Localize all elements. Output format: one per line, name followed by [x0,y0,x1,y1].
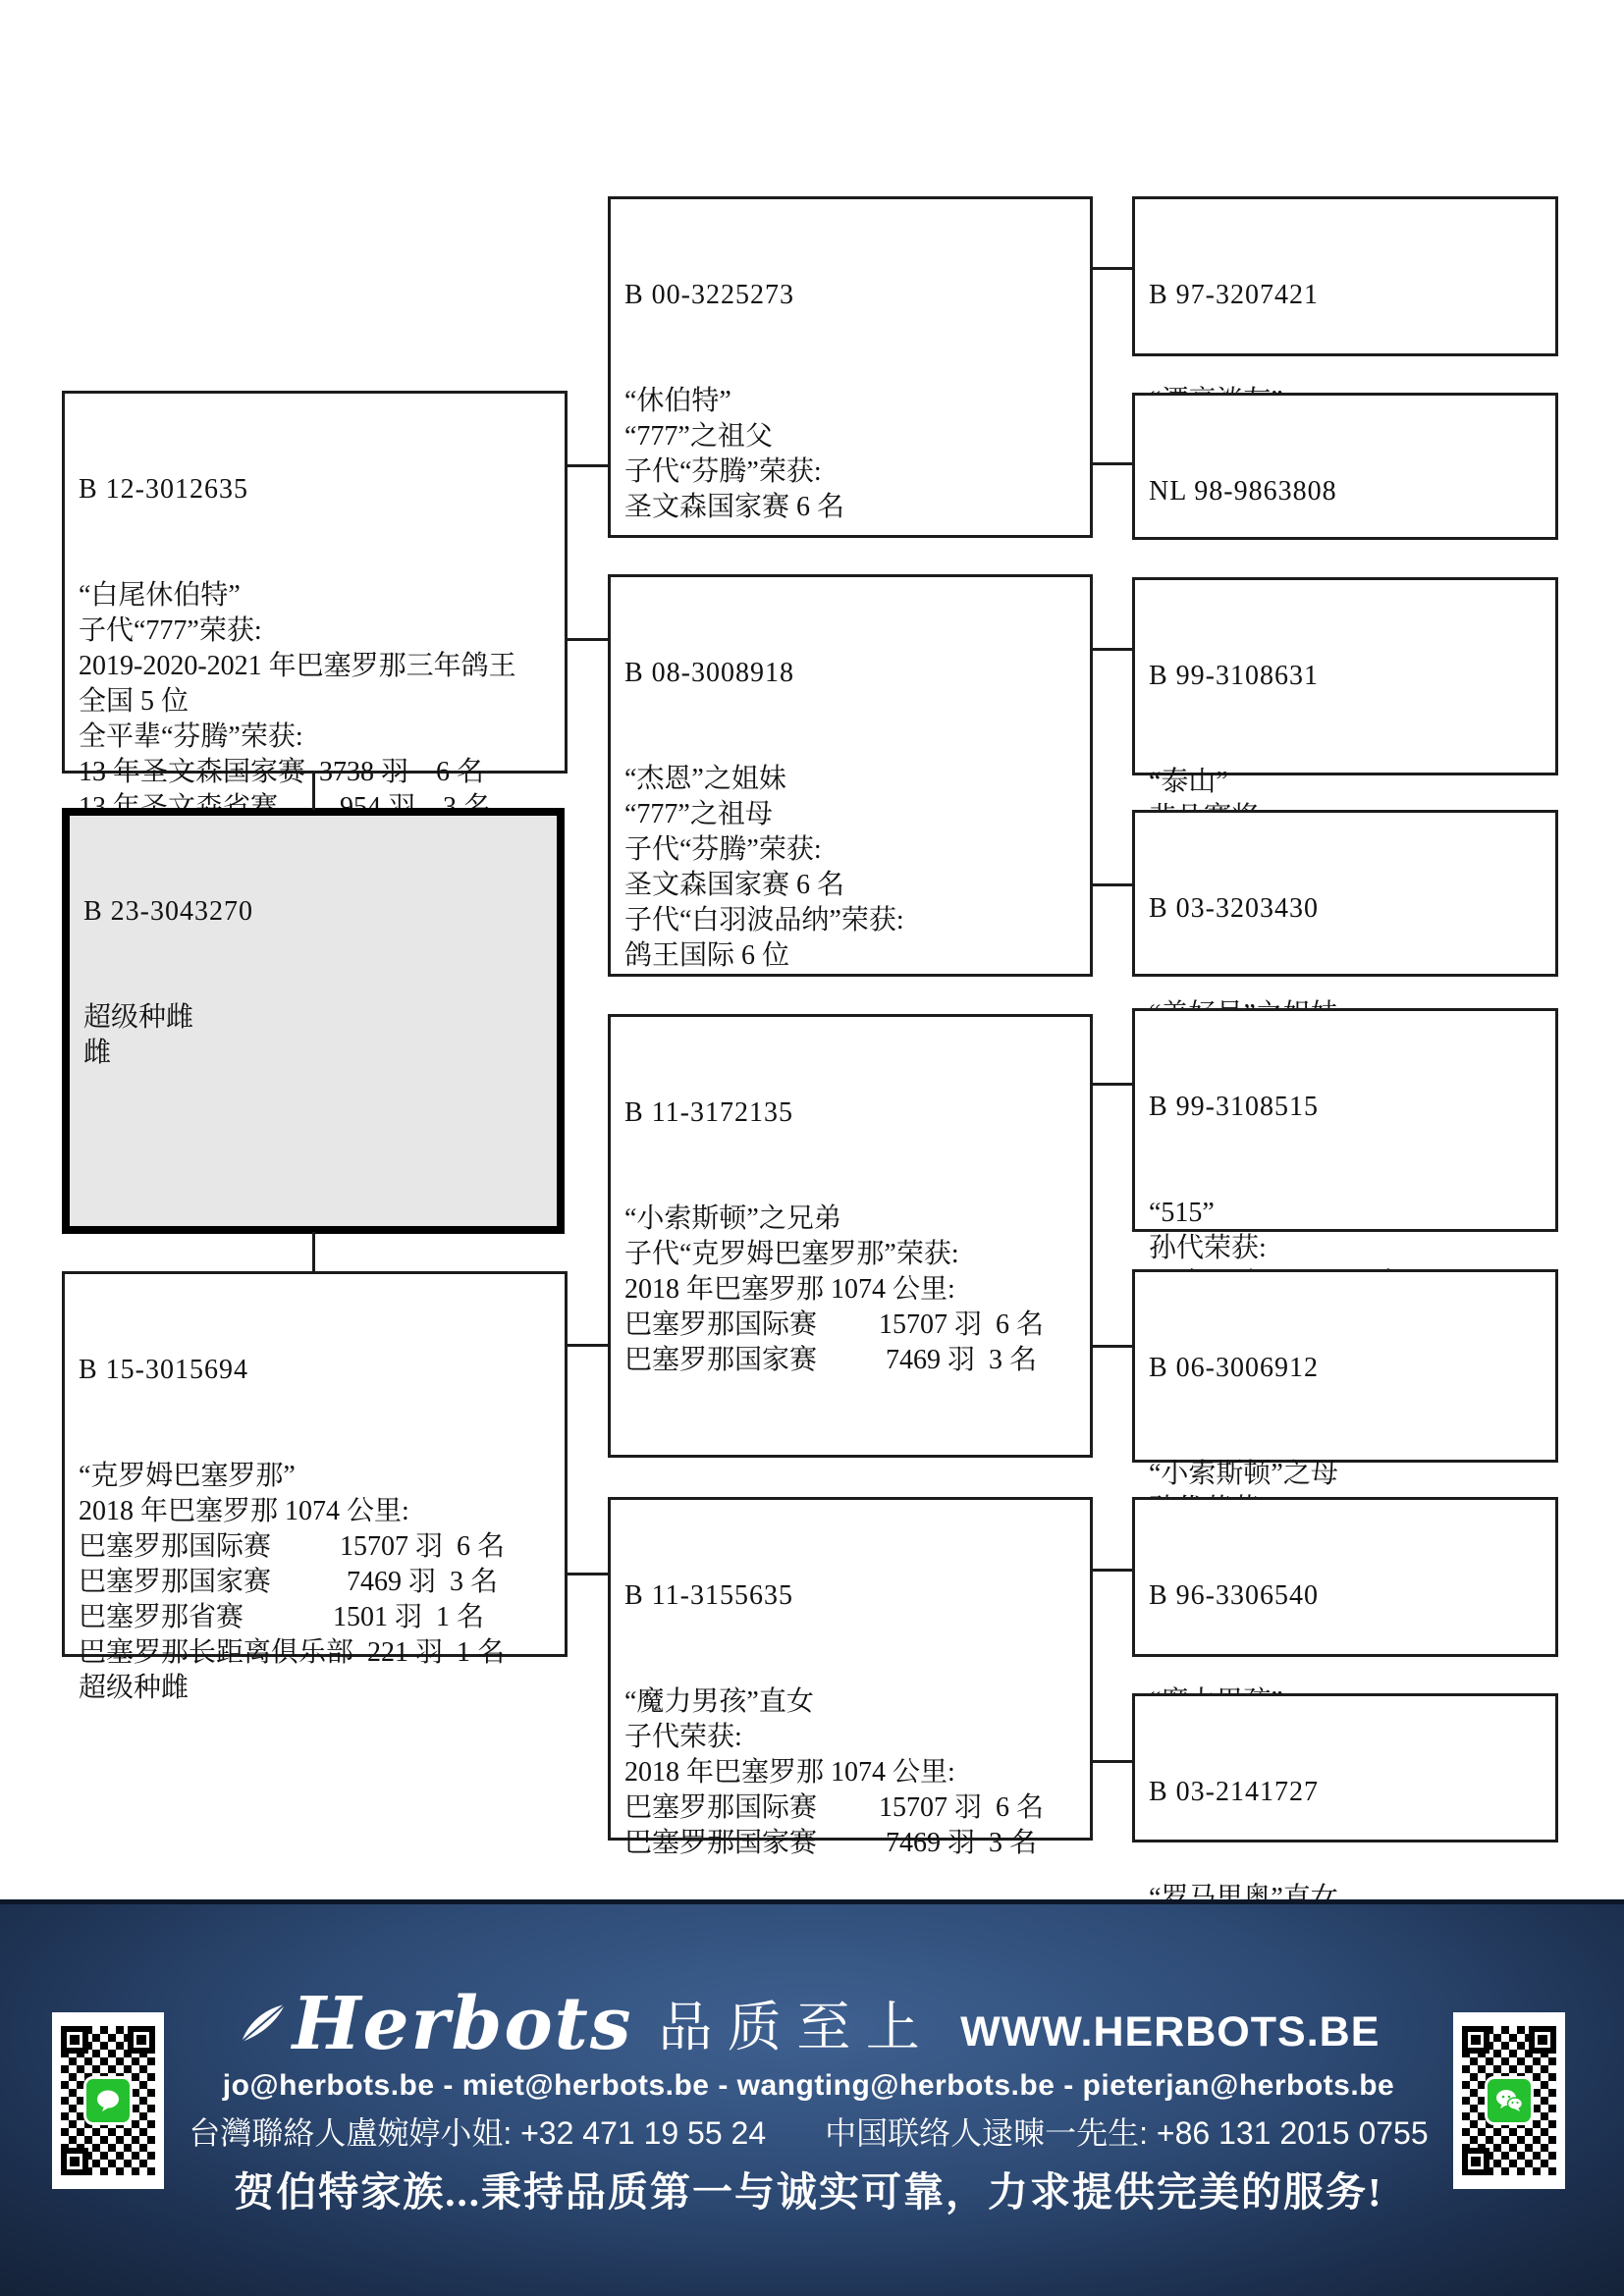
text-line: 子代“芬腾”荣获: [624,832,1080,868]
ring-number: B 03-2141727 [1149,1775,1545,1810]
ring-number: B 96-3306540 [1149,1578,1545,1614]
qr-finder-icon [1529,2026,1556,2054]
pedigree-box-great-grandparent-7: B 96-3306540 “魔力男孩”埃米尔·丹尼斯孙代荣获:鸽王国际 1 位 [1132,1497,1558,1657]
text-line: 全平辈“芬腾”荣获: [79,720,555,755]
text-line: 巴塞罗那长距离俱乐部 221 羽 1 名 [79,1635,555,1671]
box-details: “克罗姆巴塞罗那”2018 年巴塞罗那 1074 公里:巴塞罗那国际赛 1570… [79,1459,555,1706]
brand-name: Herbots [293,1985,633,2063]
text-line: 13 年圣文森国家赛 3738 羽 6 名 [79,755,555,790]
website-url: WWW.HERBOTS.BE [960,2008,1380,2056]
brand-slogan-cn: 品质至上 [659,1984,936,2061]
pedigree-box-great-grandparent-8: B 03-2141727 “罗马里奥”直女“魔力塔贝斯”之母 [1132,1693,1558,1842]
qr-finder-icon [128,2026,155,2054]
wechat-app-icon [1485,2076,1534,2125]
pedigree-box-great-grandparent-2: NL 98-9863808 “卢新德”子代荣获:波尔多国家赛 2776 羽 4 … [1132,393,1558,540]
connector-line [1091,462,1134,465]
ring-number: B 11-3172135 [624,1095,1080,1131]
text-line: 巴塞罗那国家赛 7469 羽 3 名 [624,1826,1080,1861]
qr-pattern [1462,2026,1556,2175]
text-line: “克罗姆巴塞罗那” [79,1459,555,1494]
wechat-qr-code [1453,2012,1565,2189]
connector-line [1091,1345,1134,1348]
qr-pattern [61,2026,155,2175]
qr-finder-icon [1462,2148,1489,2175]
text-line: “777”之祖父 [624,419,1080,454]
text-line: 鸽王国际 6 位 [624,938,1080,974]
footer-content: Herbots 品质至上 WWW.HERBOTS.BE jo@herbots.b… [164,1984,1453,2217]
text-line: 子代“芬腾”荣获: [624,454,1080,490]
ring-number: NL 98-9863808 [1149,474,1545,509]
text-line: “白尾休伯特” [79,578,555,614]
ring-number: B 00-3225273 [624,278,1080,313]
herbots-logo: Herbots [238,1985,633,2063]
connector-line [1091,883,1134,886]
ring-number: B 11-3155635 [624,1578,1080,1614]
ring-number: B 15-3015694 [79,1353,555,1388]
box-details: 超级种雌雌 [83,1000,547,1071]
connector-line [1091,648,1134,651]
text-line: “小索斯顿”之母 [1149,1457,1545,1492]
connector-line [567,1344,610,1347]
pedigree-box-great-grandparent-6: B 06-3006912 “小索斯顿”之母孙代荣获:18 年巴塞罗那国际赛 15… [1132,1269,1558,1463]
contact-china: 中国联络人逯暕一先生: +86 131 2015 0755 [825,2109,1429,2154]
connector-line [567,464,610,467]
line-app-icon [83,2076,133,2125]
ring-number: B 97-3207421 [1149,278,1545,313]
text-line: 圣文森国家赛 6 名 [624,868,1080,903]
brand-row: Herbots 品质至上 WWW.HERBOTS.BE [238,1984,1380,2063]
connector-line [1091,267,1134,270]
text-line: 子代“白羽波品纳”荣获: [624,903,1080,938]
text-line: 2019-2020-2021 年巴塞罗那三年鸽王 [79,649,555,684]
connector-line [1091,1569,1134,1572]
text-line: 超级种雌 [79,1671,555,1706]
text-line: 巴塞罗那国家赛 7469 羽 3 名 [79,1565,555,1600]
qr-finder-icon [61,2026,88,2054]
pedigree-box-sire: B 12-3012635 “白尾休伯特”子代“777”荣获:2019-2020-… [62,391,568,774]
ring-number: B 03-3203430 [1149,891,1545,927]
contact-row: 台灣聯絡人盧婉婷小姐: +32 471 19 55 24 中国联络人逯暕一先生:… [189,2109,1428,2154]
text-line: “魔力男孩”直女 [624,1684,1080,1720]
pedigree-box-great-grandparent-3: B 99-3108631 “泰山”非凡赛将 [1132,577,1558,775]
text-line: “泰山” [1149,765,1545,800]
text-line: 子代荣获: [624,1720,1080,1755]
text-line: 孙代荣获: [1149,1231,1545,1266]
pedigree-box-grandsire-maternal: B 11-3172135 “小索斯顿”之兄弟子代“克罗姆巴塞罗那”荣获:2018… [608,1014,1093,1458]
connector-line [1091,1760,1134,1763]
connector-line [1091,1083,1134,1086]
text-line: 巴塞罗那国际赛 15707 羽 6 名 [624,1790,1080,1826]
pedigree-box-great-grandparent-1: B 97-3207421 “漂亮淡灰”子代荣获:02 年波尔多国家赛 2776 … [1132,196,1558,356]
contact-taiwan: 台灣聯絡人盧婉婷小姐: +32 471 19 55 24 [189,2109,766,2154]
text-line: 全国 5 位 [79,684,555,720]
qr-finder-icon [61,2148,88,2175]
text-line: “休伯特” [624,384,1080,419]
ring-number: B 99-3108515 [1149,1090,1545,1125]
text-line: 2018 年巴塞罗那 1074 公里: [624,1272,1080,1308]
box-details: “休伯特”“777”之祖父子代“芬腾”荣获:圣文森国家赛 6 名 [624,384,1080,525]
ring-number: B 06-3006912 [1149,1351,1545,1386]
text-line: 2018 年巴塞罗那 1074 公里: [624,1755,1080,1790]
text-line: “杰恩”之姐妹 [624,762,1080,797]
text-line: 巴塞罗那国际赛 15707 羽 6 名 [624,1308,1080,1343]
text-line: “515” [1149,1196,1545,1231]
pedigree-box-granddam-paternal: B 08-3008918 “杰恩”之姐妹“777”之祖母子代“芬腾”荣获:圣文森… [608,574,1093,977]
ring-number: B 08-3008918 [624,656,1080,691]
pedigree-box-granddam-maternal: B 11-3155635 “魔力男孩”直女子代荣获:2018 年巴塞罗那 107… [608,1497,1093,1841]
ring-number: B 99-3108631 [1149,659,1545,694]
text-line: 圣文森国家赛 6 名 [624,490,1080,525]
text-line: 子代“777”荣获: [79,614,555,649]
text-line: 巴塞罗那国家赛 7469 羽 3 名 [624,1343,1080,1378]
box-details: “魔力男孩”直女子代荣获:2018 年巴塞罗那 1074 公里:巴塞罗那国际赛 … [624,1684,1080,1861]
text-line: “小索斯顿”之兄弟 [624,1201,1080,1237]
footer-slogan: 贺伯特家族...秉持品质第一与诚实可靠，力求提供完美的服务! [234,2160,1382,2217]
footer-banner: Herbots 品质至上 WWW.HERBOTS.BE jo@herbots.b… [0,1899,1624,2296]
text-line: 巴塞罗那省赛 1501 羽 1 名 [79,1600,555,1635]
email-addresses: jo@herbots.be - miet@herbots.be - wangti… [223,2069,1394,2103]
text-line: 子代“克罗姆巴塞罗那”荣获: [624,1237,1080,1272]
text-line: 2018 年巴塞罗那 1074 公里: [79,1494,555,1529]
text-line: 超级种雌 [83,1000,547,1036]
pedigree-box-dam: B 15-3015694 “克罗姆巴塞罗那”2018 年巴塞罗那 1074 公里… [62,1271,568,1657]
pedigree-page: B 12-3012635 “白尾休伯特”子代“777”荣获:2019-2020-… [0,0,1624,2296]
connector-line [567,1573,610,1575]
ring-number: B 23-3043270 [83,894,547,930]
connector-line [312,1232,315,1273]
text-line: 巴塞罗那国际赛 15707 羽 6 名 [79,1529,555,1565]
text-line: “777”之祖母 [624,797,1080,832]
box-details: “小索斯顿”之兄弟子代“克罗姆巴塞罗那”荣获:2018 年巴塞罗那 1074 公… [624,1201,1080,1378]
line-qr-code [52,2012,164,2189]
pedigree-box-great-grandparent-4: B 03-3203430 “美好号”之姐妹全平辈荣获:巴塞罗那国家赛 21 名 [1132,810,1558,977]
box-details: “杰恩”之姐妹“777”之祖母子代“芬腾”荣获:圣文森国家赛 6 名子代“白羽波… [624,762,1080,974]
pedigree-box-great-grandparent-5: B 99-3108515 “515”孙代荣获:18 年巴塞罗那国际赛 15707… [1132,1008,1558,1232]
text-line: 雌 [83,1036,547,1071]
ring-number: B 12-3012635 [79,472,555,507]
connector-line [312,774,315,810]
connector-line [567,638,610,641]
qr-finder-icon [1462,2026,1489,2054]
feather-icon [238,2002,289,2046]
pedigree-box-grandsire-paternal: B 00-3225273 “休伯特”“777”之祖父子代“芬腾”荣获:圣文森国家… [608,196,1093,538]
pedigree-box-subject: B 23-3043270 超级种雌雌 [62,808,565,1234]
